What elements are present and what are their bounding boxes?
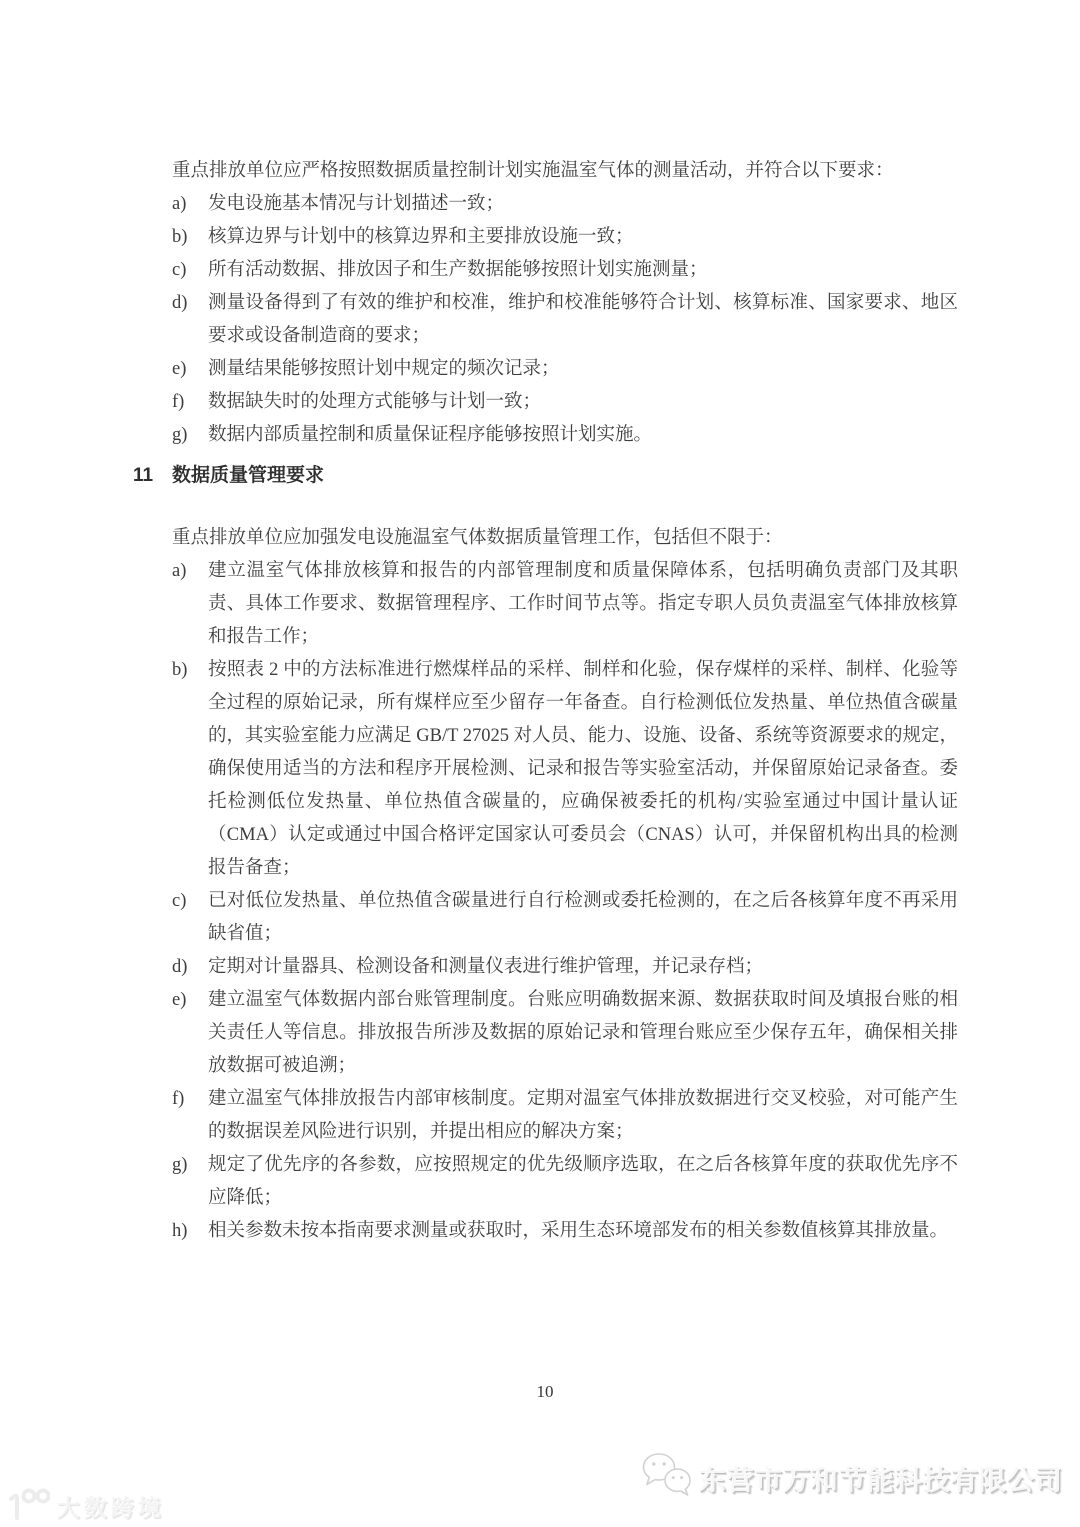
list-item-label: d)	[172, 287, 208, 353]
brand-watermark-text: 大数跨境	[57, 1490, 165, 1523]
list-item-label: e)	[172, 984, 208, 1083]
list-item-label: h)	[172, 1215, 208, 1248]
list-item: a) 建立温室气体排放核算和报告的内部管理制度和质量保障体系，包括明确负责部门及…	[172, 555, 958, 654]
list-item-text: 数据缺失时的处理方式能够与计划一致；	[208, 386, 958, 419]
list-item: e) 建立温室气体数据内部台账管理制度。台账应明确数据来源、数据获取时间及填报台…	[172, 984, 958, 1083]
list-item-label: e)	[172, 353, 208, 386]
page-number: 10	[0, 1382, 1080, 1402]
intro-paragraph-1: 重点排放单位应严格按照数据质量控制计划实施温室气体的测量活动，并符合以下要求：	[172, 155, 958, 188]
intro-paragraph-2: 重点排放单位应加强发电设施温室气体数据质量管理工作，包括但不限于：	[172, 522, 958, 555]
list-item-text: 核算边界与计划中的核算边界和主要排放设施一致；	[208, 221, 958, 254]
list-item-label: f)	[172, 386, 208, 419]
list-item-text: 建立温室气体排放报告内部审核制度。定期对温室气体排放数据进行交叉校验，对可能产生…	[208, 1083, 958, 1149]
list-item: c) 所有活动数据、排放因子和生产数据能够按照计划实施测量；	[172, 254, 958, 287]
list-item: h) 相关参数未按本指南要求测量或获取时，采用生态环境部发布的相关参数值核算其排…	[172, 1215, 958, 1248]
company-watermark-text: 东营市万和节能科技有限公司	[699, 1459, 1063, 1498]
list-item-text: 测量结果能够按照计划中规定的频次记录；	[208, 353, 958, 386]
list-item-label: g)	[172, 1149, 208, 1215]
measurement-requirements-list: a) 发电设施基本情况与计划描述一致； b) 核算边界与计划中的核算边界和主要排…	[172, 188, 958, 452]
list-item-text: 相关参数未按本指南要求测量或获取时，采用生态环境部发布的相关参数值核算其排放量。	[208, 1215, 958, 1248]
document-page: 重点排放单位应严格按照数据质量控制计划实施温室气体的测量活动，并符合以下要求： …	[0, 0, 1080, 1527]
list-item: d) 定期对计量器具、检测设备和测量仪表进行维护管理，并记录存档；	[172, 951, 958, 984]
list-item-text: 所有活动数据、排放因子和生产数据能够按照计划实施测量；	[208, 254, 958, 287]
company-watermark: 东营市万和节能科技有限公司	[640, 1450, 1063, 1507]
list-item: g) 规定了优先序的各参数，应按照规定的优先级顺序选取，在之后各核算年度的获取优…	[172, 1149, 958, 1215]
list-item: c) 已对低位发热量、单位热值含碳量进行自行检测或委托检测的，在之后各核算年度不…	[172, 885, 958, 951]
list-item: g) 数据内部质量控制和质量保证程序能够按照计划实施。	[172, 419, 958, 452]
list-item-text: 规定了优先序的各参数，应按照规定的优先级顺序选取，在之后各核算年度的获取优先序不…	[208, 1149, 958, 1215]
list-item: f) 建立温室气体排放报告内部审核制度。定期对温室气体排放数据进行交叉校验，对可…	[172, 1083, 958, 1149]
list-item: b) 按照表 2 中的方法标准进行燃煤样品的采样、制样和化验，保存煤样的采样、制…	[172, 654, 958, 885]
section-heading: 11 数据质量管理要求	[133, 463, 958, 489]
list-item-text: 建立温室气体排放核算和报告的内部管理制度和质量保障体系，包括明确负责部门及其职责…	[208, 555, 958, 654]
list-item-label: a)	[172, 188, 208, 221]
document-body: 重点排放单位应严格按照数据质量控制计划实施温室气体的测量活动，并符合以下要求： …	[172, 155, 958, 1248]
list-item-text: 测量设备得到了有效的维护和校准，维护和校准能够符合计划、核算标准、国家要求、地区…	[208, 287, 958, 353]
list-item: e) 测量结果能够按照计划中规定的频次记录；	[172, 353, 958, 386]
list-item-text: 已对低位发热量、单位热值含碳量进行自行检测或委托检测的，在之后各核算年度不再采用…	[208, 885, 958, 951]
list-item-text: 发电设施基本情况与计划描述一致；	[208, 188, 958, 221]
list-item-text: 按照表 2 中的方法标准进行燃煤样品的采样、制样和化验，保存煤样的采样、制样、化…	[208, 654, 958, 885]
section-number: 11	[133, 463, 172, 489]
hundred-logo-icon	[6, 1486, 50, 1527]
data-quality-management-list: a) 建立温室气体排放核算和报告的内部管理制度和质量保障体系，包括明确负责部门及…	[172, 555, 958, 1248]
wechat-icon	[640, 1450, 694, 1507]
list-item-text: 定期对计量器具、检测设备和测量仪表进行维护管理，并记录存档；	[208, 951, 958, 984]
list-item: a) 发电设施基本情况与计划描述一致；	[172, 188, 958, 221]
list-item-label: d)	[172, 951, 208, 984]
list-item: b) 核算边界与计划中的核算边界和主要排放设施一致；	[172, 221, 958, 254]
brand-watermark: 大数跨境	[6, 1486, 165, 1527]
list-item-label: a)	[172, 555, 208, 654]
list-item-label: b)	[172, 654, 208, 885]
list-item: d) 测量设备得到了有效的维护和校准，维护和校准能够符合计划、核算标准、国家要求…	[172, 287, 958, 353]
list-item-label: g)	[172, 419, 208, 452]
section-title: 数据质量管理要求	[172, 463, 324, 489]
list-item-label: c)	[172, 254, 208, 287]
list-item-label: b)	[172, 221, 208, 254]
list-item: f) 数据缺失时的处理方式能够与计划一致；	[172, 386, 958, 419]
list-item-label: c)	[172, 885, 208, 951]
list-item-text: 数据内部质量控制和质量保证程序能够按照计划实施。	[208, 419, 958, 452]
list-item-text: 建立温室气体数据内部台账管理制度。台账应明确数据来源、数据获取时间及填报台账的相…	[208, 984, 958, 1083]
list-item-label: f)	[172, 1083, 208, 1149]
